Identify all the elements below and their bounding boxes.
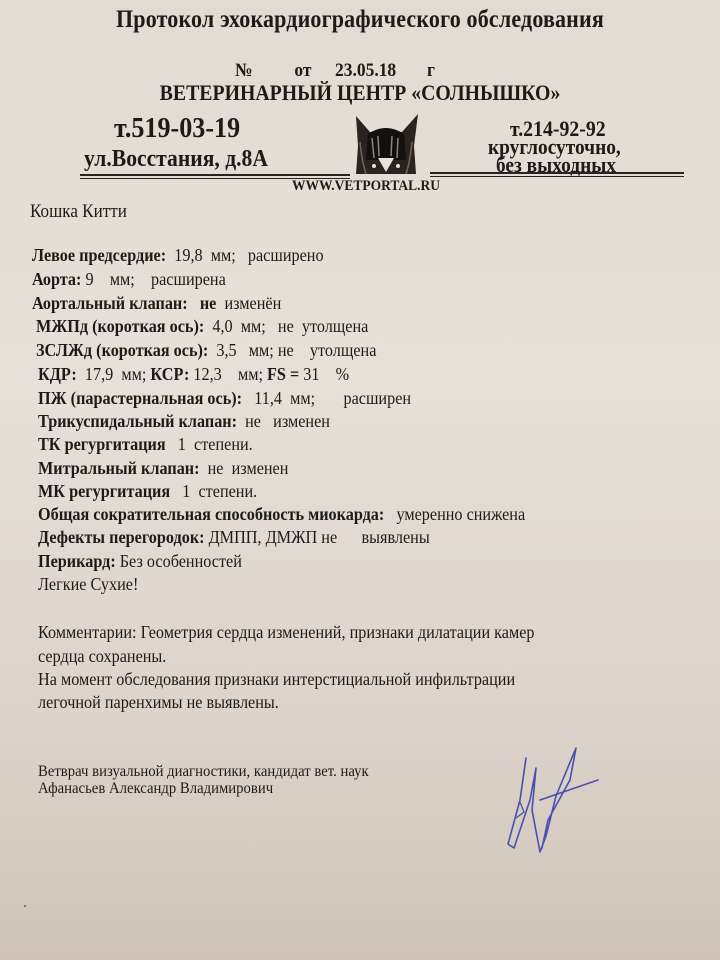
finding-lvpw: ЗСЛЖд (короткая ось): 3,5 мм; не утолщен… xyxy=(36,340,376,361)
finding-left-atrium: Левое предсердие: 19,8 мм; расширено xyxy=(32,245,324,266)
document-title: Протокол эхокардиографического обследова… xyxy=(43,6,677,34)
year-suffix: г xyxy=(427,60,435,82)
signatory-name: Афанасьев Александр Владимирович xyxy=(38,780,273,798)
from-label: от xyxy=(294,60,311,82)
finding-tr-regurgitation: ТК регургитация 1 степени. xyxy=(38,434,253,455)
document-date: 23.05.18 xyxy=(335,60,396,82)
finding-septal-defects: Дефекты перегородок: ДМПП, ДМЖП не выявл… xyxy=(38,527,430,548)
patient-name: Кошка Китти xyxy=(30,201,127,223)
handwritten-signature-icon xyxy=(490,740,610,860)
finding-lungs: Легкие Сухие! xyxy=(38,574,138,595)
finding-mr-regurgitation: МК регургитация 1 степени. xyxy=(38,481,257,502)
clinic-website: WWW.VETPORTAL.RU xyxy=(292,178,440,195)
finding-right-ventricle: ПЖ (парастернальная ось): 11,4 мм; расши… xyxy=(38,388,411,409)
header-rule-right xyxy=(430,172,684,177)
clinic-name: ВЕТЕРИНАРНЫЙ ЦЕНТР «СОЛНЫШКО» xyxy=(36,80,684,106)
cat-head-logo-icon xyxy=(348,112,424,178)
finding-ivs: МЖПд (короткая ось): 4,0 мм; не утолщена xyxy=(36,316,368,337)
finding-mitral-valve: Митральный клапан: не изменен xyxy=(38,458,288,479)
finding-tricuspid-valve: Трикуспидальный клапан: не изменен xyxy=(38,411,330,432)
clinic-phone-left: т.519-03-19 xyxy=(114,112,240,145)
protocol-page: Протокол эхокардиографического обследова… xyxy=(0,0,720,960)
finding-aorta: Аорта: 9 мм; расширена xyxy=(32,269,226,290)
comment-line-4: легочной паренхимы не выявлены. xyxy=(38,692,279,713)
comment-line-3: На момент обследования признаки интерсти… xyxy=(38,669,515,690)
paper-speck xyxy=(24,905,26,907)
finding-myocardial-contractility: Общая сократительная способность миокард… xyxy=(38,504,525,525)
finding-pericardium: Перикард: Без особенностей xyxy=(38,551,242,572)
finding-aortic-valve: Аортальный клапан: не изменён xyxy=(32,293,281,314)
comment-line-2: сердца сохранены. xyxy=(38,646,166,667)
document-number-date: № от 23.05.18 г xyxy=(235,60,435,82)
clinic-address: ул.Восстания, д.8А xyxy=(84,146,268,173)
signatory-position: Ветврач визуальной диагностики, кандидат… xyxy=(38,763,369,781)
finding-edd-esd-fs: КДР: 17,9 мм; КСР: 12,3 мм; FS = 31 % xyxy=(38,364,349,385)
comment-line-1: Комментарии: Геометрия сердца изменений,… xyxy=(38,622,535,643)
number-label: № xyxy=(235,60,253,82)
